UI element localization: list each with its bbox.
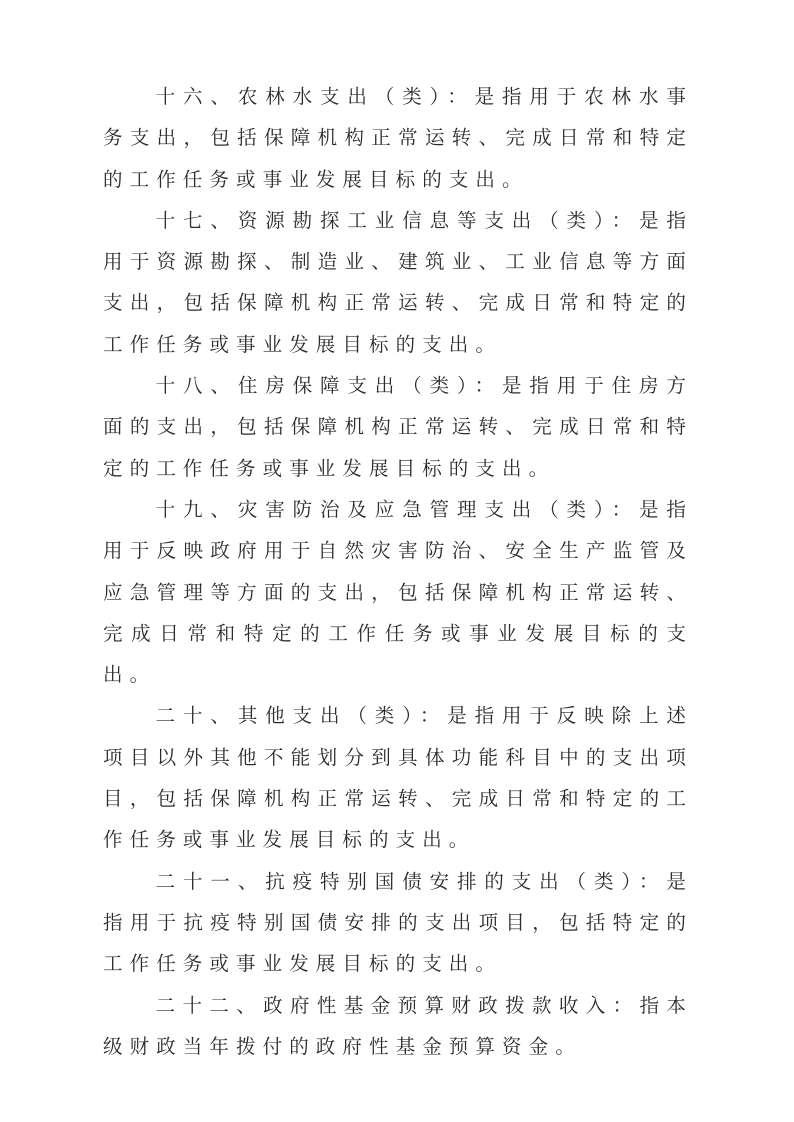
paragraph-item-19: 十九、灾害防治及应急管理支出（类）：是指用于反映政府用于自然灾害防治、安全生产监…: [103, 489, 693, 695]
paragraph-item-20: 二十、其他支出（类）：是指用于反映除上述项目以外其他不能划分到具体功能科目中的支…: [103, 695, 693, 860]
paragraph-item-17: 十七、资源勘探工业信息等支出（类）：是指用于资源勘探、制造业、建筑业、工业信息等…: [103, 200, 693, 365]
paragraph-item-22: 二十二、政府性基金预算财政拨款收入：指本级财政当年拨付的政府性基金预算资金。: [103, 985, 693, 1068]
paragraph-item-16: 十六、农林水支出（类）：是指用于农林水事务支出，包括保障机构正常运转、完成日常和…: [103, 76, 693, 200]
paragraph-item-21: 二十一、抗疫特别国债安排的支出（类）：是指用于抗疫特别国债安排的支出项目，包括特…: [103, 861, 693, 985]
document-page: 十六、农林水支出（类）：是指用于农林水事务支出，包括保障机构正常运转、完成日常和…: [103, 76, 693, 1067]
paragraph-item-18: 十八、住房保障支出（类）：是指用于住房方面的支出，包括保障机构正常运转、完成日常…: [103, 365, 693, 489]
